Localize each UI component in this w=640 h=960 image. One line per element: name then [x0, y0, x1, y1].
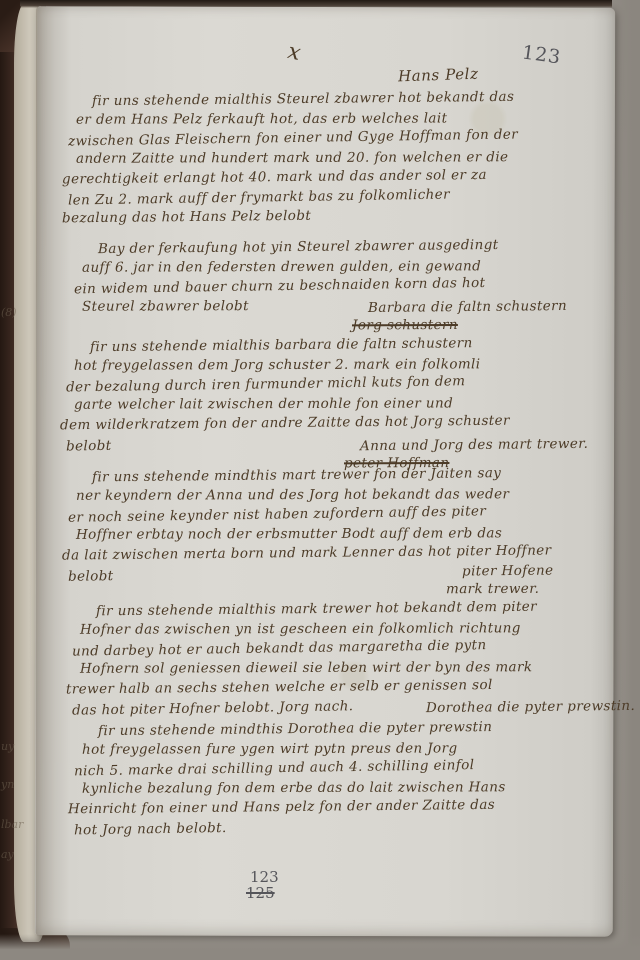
- ghost-text-fragment: (8): [1, 306, 17, 319]
- background-right-edge: [614, 0, 640, 960]
- manuscript-line: bezalung das hot Hans Pelz belobt: [62, 205, 518, 229]
- sig-4: Dorothea die pyter prewstin.: [396, 698, 635, 716]
- ghost-text-fragment: lbar: [1, 818, 23, 831]
- background-bottom-edge: [0, 934, 640, 960]
- entry-heading-hans-pelz: Hans Pelz: [398, 65, 479, 86]
- manuscript-line: Bay der ferkaufung hot yin Steurel zbawr…: [98, 236, 499, 260]
- manuscript-line: piter Hofene: [462, 562, 554, 581]
- manuscript-line: Jorg schustern: [352, 316, 567, 335]
- manuscript-line: fir uns stehende mindthis mart trewer fo…: [92, 464, 552, 488]
- manuscript-line: Anna und Jorg des mart trewer.: [360, 435, 588, 455]
- manuscript-line: Dorothea die pyter prewstin.: [426, 697, 635, 717]
- entry-6: fir uns stehende mindthis Dorothea die p…: [68, 720, 506, 837]
- manuscript-line: mark trewer.: [446, 580, 554, 598]
- sig-3: piter Hofenemark trewer.: [432, 562, 554, 598]
- manuscript-line: fir uns stehende mialthis barbara die fa…: [90, 334, 510, 358]
- ghost-text-fragment: ay: [1, 848, 14, 861]
- manuscript-line: Barbara die faltn schustern: [368, 297, 567, 317]
- sig-1: Barbara die faltn schusternJorg schuster…: [338, 298, 567, 334]
- entry-1: fir uns stehende mialthis Steurel zbawre…: [62, 90, 518, 227]
- manuscript-line: fir uns stehende mindthis Dorothea die p…: [98, 718, 506, 742]
- ghost-text-fragment: yn: [1, 778, 14, 791]
- ghost-text-fragment: uy: [1, 740, 14, 753]
- folio-number-bottom-struck: 125: [246, 884, 275, 902]
- manuscript-line: fir uns stehende mialthis mark trewer ho…: [96, 598, 537, 622]
- manuscript-line: fir uns stehende mialthis Steurel zbawre…: [92, 88, 518, 112]
